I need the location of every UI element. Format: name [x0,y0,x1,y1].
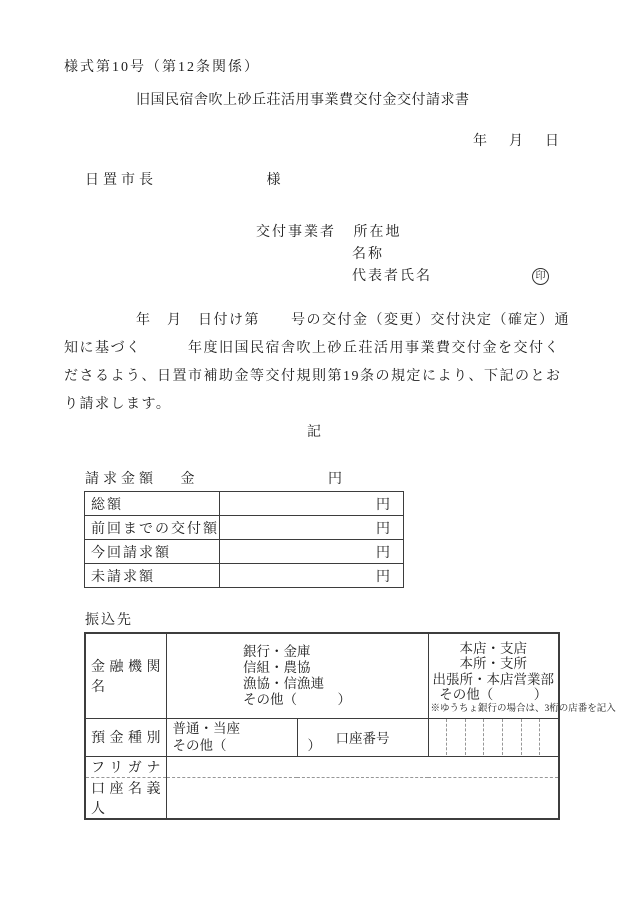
applicant-name-label: 名称 [352,247,384,262]
branch-type-option: 本店・支店 [460,641,528,656]
amount-value-cell: 円 [220,516,404,540]
table-row: 今回請求額 円 [85,540,404,564]
body-line-4: り請求します。 [64,391,570,419]
branch-type-option: 本所・支所 [460,656,528,671]
body-line-3: ださるよう、日置市補助金等交付規則第19条の規定により、下記のとお [64,363,570,391]
deposit-type-option: 普通・当座 [173,721,241,736]
addressee-name: 日置市長 [85,173,157,188]
account-digit-cell [483,719,502,755]
date-line: 年 月 日 [473,130,630,150]
body-paragraph: 年 月 日付け第 号の交付金（変更）交付決定（確定）通 知に基づく 年度旧国民宿… [64,307,570,419]
applicant-address-label: 所在地 [354,225,402,240]
body-line-1: 年 月 日付け第 号の交付金（変更）交付決定（確定）通 [64,307,570,335]
branch-type-options: 本店・支店 本所・支所 出張所・本店営業部 その他（ ） ※ゆうちょ銀行の場合は… [431,639,557,715]
account-digit-cell [502,719,521,755]
bank-type-option: 銀行・金庫 [243,644,311,659]
amount-row-label: 総額 [85,492,220,516]
bank-type-option: 漁協・信漁連 [243,676,324,691]
amount-line: 請求金額 金 円 [85,468,630,488]
bank-type-cell: 銀行・金庫 信組・農協 漁協・信漁連 その他（ ） [166,633,428,718]
amount-value-cell: 円 [220,564,404,588]
document-page: 様式第10号（第12条関係） 旧国民宿舎吹上砂丘荘活用事業費交付金交付請求書 年… [0,0,630,903]
table-row: 未請求額 円 [85,564,404,588]
bank-name-row: 金融機関名 銀行・金庫 信組・農協 漁協・信漁連 その他（ ） 本店・支店 本所… [85,633,559,718]
furigana-input-area [166,756,559,777]
transfer-heading: 振込先 [85,609,630,629]
branch-type-option: その他（ ） [439,687,547,702]
ki-heading: 記 [0,421,630,441]
branch-type-option: 出張所・本店営業部 [433,672,555,687]
amount-row-label: 未請求額 [85,564,220,588]
amount-value-cell: 円 [220,540,404,564]
amount-value-cell: 円 [220,492,404,516]
amount-label: 請求金額 [85,472,157,487]
holder-row: 口座名義人 [85,777,559,819]
seal-mark-icon: 印 [532,268,549,285]
applicant-representative-label: 代表者氏名 [352,269,432,284]
applicant-row-address: 交付事業者 所在地 [256,222,630,244]
deposit-type-option: その他（ ） [173,738,322,753]
amount-row-label: 今回請求額 [85,540,220,564]
seal-character: 印 [536,266,546,288]
amount-yen-label: 円 [328,472,346,487]
account-number-cells [428,718,559,756]
table-row: 総額 円 [85,492,404,516]
applicant-row-name: 名称 [352,244,630,266]
yen-unit: 円 [376,522,390,537]
account-holder-label: 口座名義人 [85,777,166,819]
amount-kin-label: 金 [181,472,199,487]
deposit-type-cell: 普通・当座 その他（ ） [166,718,297,756]
yucho-note: ※ゆうちょ銀行の場合は、3桁の店番を記入 [431,703,557,715]
form-number: 様式第10号（第12条関係） [64,0,630,76]
yen-unit: 円 [376,546,390,561]
body-line-2: 知に基づく 年度旧国民宿舎吹上砂丘荘活用事業費交付金を交付く [64,335,570,363]
amount-row-label: 前回までの交付額 [85,516,220,540]
account-digit-cell [521,719,540,755]
account-digit-grid [429,719,559,755]
applicant-label: 交付事業者 [256,225,336,240]
deposit-type-label: 預金種別 [85,718,166,756]
applicant-block: 交付事業者 所在地 名称 代表者氏名 印 [256,222,630,288]
furigana-label: フリガナ [85,756,166,777]
yen-unit: 円 [376,570,390,585]
applicant-row-representative: 代表者氏名 [352,266,630,288]
amount-table: 総額 円 前回までの交付額 円 今回請求額 円 未請求額 円 [84,491,404,588]
bank-type-options: 銀行・金庫 信組・農協 漁協・信漁連 その他（ ） [243,644,351,708]
table-row: 前回までの交付額 円 [85,516,404,540]
bank-name-label: 金融機関名 [85,633,166,718]
branch-lines: 本店・支店 本所・支所 出張所・本店営業部 その他（ ） [431,639,557,703]
bank-type-option: 信組・農協 [243,660,311,675]
addressee-line: 日置市長 様 [85,169,630,189]
deposit-row: 預金種別 普通・当座 その他（ ） 口座番号 [85,718,559,756]
yen-unit: 円 [376,498,390,513]
furigana-row: フリガナ [85,756,559,777]
account-digit-cell [465,719,484,755]
account-digit-cell [446,719,465,755]
account-digit-cell [429,719,447,755]
bank-type-option: その他（ ） [243,692,351,707]
account-digit-cell [539,719,558,755]
document-title: 旧国民宿舎吹上砂丘荘活用事業費交付金交付請求書 [136,89,630,109]
branch-type-cell: 本店・支店 本所・支所 出張所・本店営業部 その他（ ） ※ゆうちょ銀行の場合は… [428,633,559,718]
transfer-table: 金融機関名 銀行・金庫 信組・農協 漁協・信漁連 その他（ ） 本店・支店 本所… [84,632,560,820]
addressee-honorific: 様 [267,173,285,188]
account-holder-input-area [166,777,559,819]
